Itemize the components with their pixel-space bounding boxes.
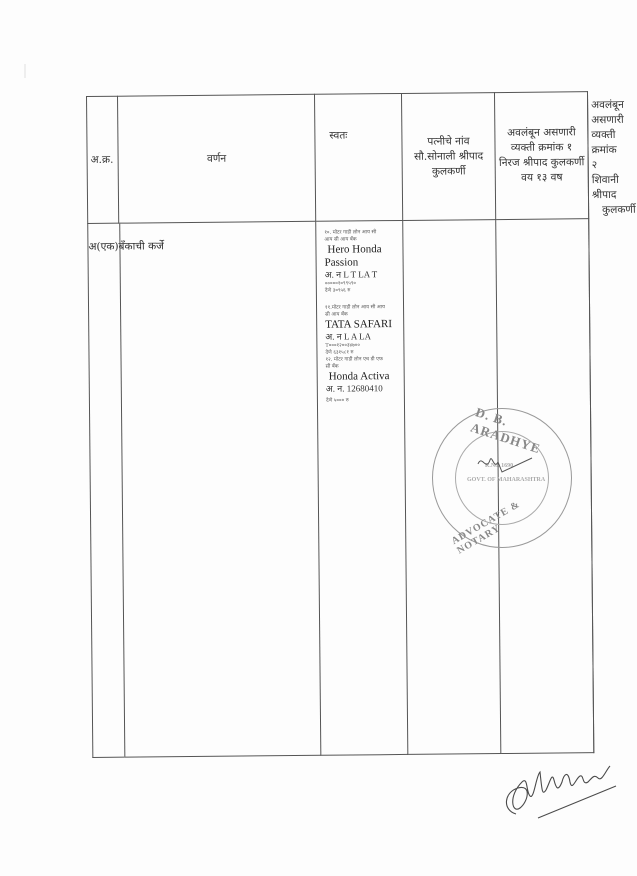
header-serial-no: अ.क्र. — [87, 96, 119, 223]
header-self-text: स्वतः — [329, 129, 347, 141]
header-dep1-line-3: निरज श्रीपाद कुलकर्णी — [496, 155, 588, 171]
header-description-text: वर्णन — [207, 152, 226, 164]
scan-artifact — [24, 64, 26, 78]
header-self: स्वतः — [314, 93, 402, 221]
loan-3-account: अ. न. 12680410 — [326, 383, 404, 395]
row-label-bank-loans: अ(एक)बँकाची कर्जे — [88, 222, 315, 254]
header-dependent-1: अवलंबून असणारी व्यक्ती क्रमांक १ निरज श्… — [494, 92, 588, 220]
header-spouse-line-2: सौ.सोनाली श्रीपाद — [403, 149, 495, 165]
header-spouse-line-3: कुलकर्णी — [403, 164, 495, 180]
header-spouse-line-1: पत्नीचे नांव — [402, 134, 494, 150]
scanned-page: अ.क्र. वर्णन स्वतः पत्नीचे नांव सौ.सोनाल… — [0, 0, 637, 876]
notary-signature-icon — [476, 450, 536, 480]
loan-1-account: अ. न L T LA T — [325, 269, 403, 281]
loan-entry-1: १०. मोटर गाडी लोन आय सी आय सी आय बँक Her… — [324, 229, 403, 295]
header-spouse: पत्नीचे नांव सौ.सोनाली श्रीपाद कुलकर्णी — [401, 93, 495, 221]
loan-2-vehicle: TATA SAFARI — [325, 318, 403, 332]
loan-3-amount: देणे ५००० रु — [326, 397, 404, 405]
loan-entry-3: १२. मोटर गाडी लोन एच डी एफ सी बँक Honda … — [326, 356, 404, 405]
inner-divider — [119, 224, 125, 757]
loan-1-vehicle-1: Hero Honda — [324, 243, 402, 257]
loan-entry-2: ११.मोटर गाडी लोन आय सी आय सी आय बँक TATA… — [325, 304, 403, 357]
loan-2-account: अ. न L A LA — [325, 331, 403, 343]
header-dep2-line-4: कुलकर्णी — [592, 203, 602, 218]
header-description: वर्णन — [118, 94, 316, 223]
signature-icon — [498, 752, 628, 824]
loan-1-amount: देणे ३०९५६ रु — [325, 287, 403, 295]
loan-1-vehicle-2: Passion — [325, 256, 403, 270]
header-dep1-line-2: व्यक्ती क्रमांक १ — [495, 140, 587, 156]
header-dep1-line-1: अवलंबून असणारी — [495, 125, 587, 141]
table-header-row: अ.क्र. वर्णन स्वतः पत्नीचे नांव सौ.सोनाल… — [87, 92, 589, 224]
header-dep1-line-4: वय १३ वष — [496, 170, 588, 186]
row-label-cell: अ(एक)बँकाची कर्जे — [88, 221, 321, 757]
self-cell: १०. मोटर गाडी लोन आय सी आय सी आय बँक Her… — [316, 220, 408, 755]
loan-3-vehicle: Honda Activa — [326, 370, 404, 384]
